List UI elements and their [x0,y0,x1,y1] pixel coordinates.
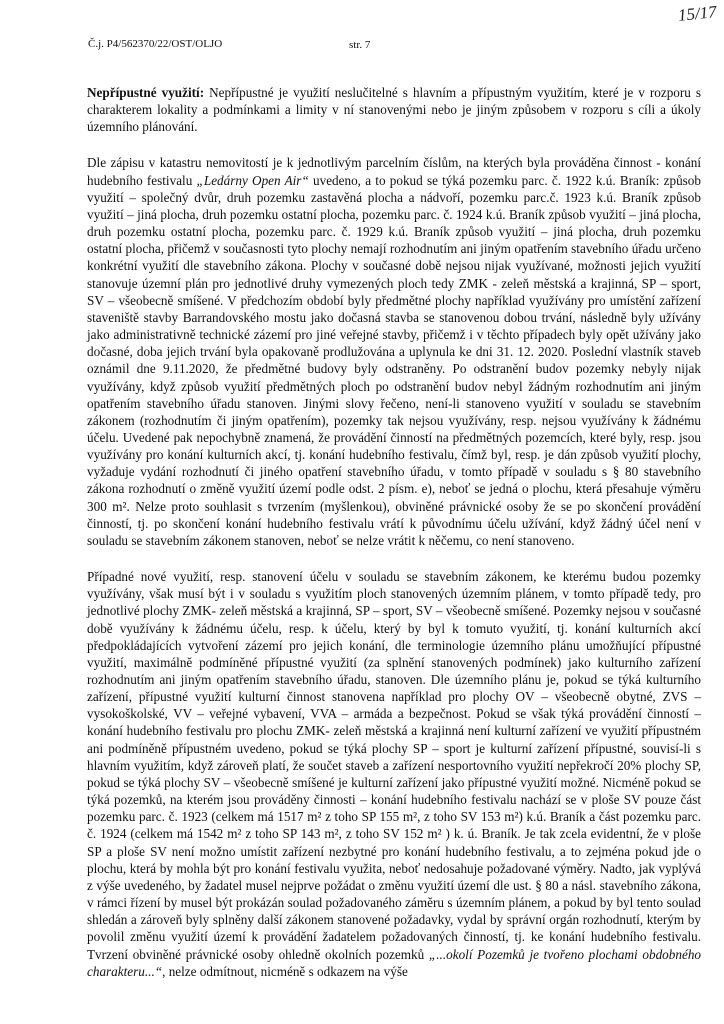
handwritten-page-stamp: 15/17 [677,2,718,26]
paragraph-new-use: Případné nové využití, resp. stanovení ú… [87,568,701,980]
paragraph-inadmissible-use: Nepřípustné využití: Nepřípustné je využ… [87,84,701,135]
section-label: Nepřípustné využití: [87,85,204,100]
document-body: Nepřípustné využití: Nepřípustné je využ… [87,84,701,980]
paragraph-text: Případné nové využití, resp. stanovení ú… [87,569,701,961]
paragraph-text: uvedeno, a to pokud se týká pozemku parc… [87,173,701,548]
paragraph-text: , nelze odmítnout, nicméně s odkazem na … [162,964,408,979]
page-number: str. 7 [349,39,370,51]
case-reference: Č.j. P4/562370/22/OST/OLJO [88,38,222,50]
paragraph-cadastre: Dle zápisu v katastru nemovitostí je k j… [87,154,701,549]
festival-name: „Ledárny Open Air“ [197,173,309,188]
